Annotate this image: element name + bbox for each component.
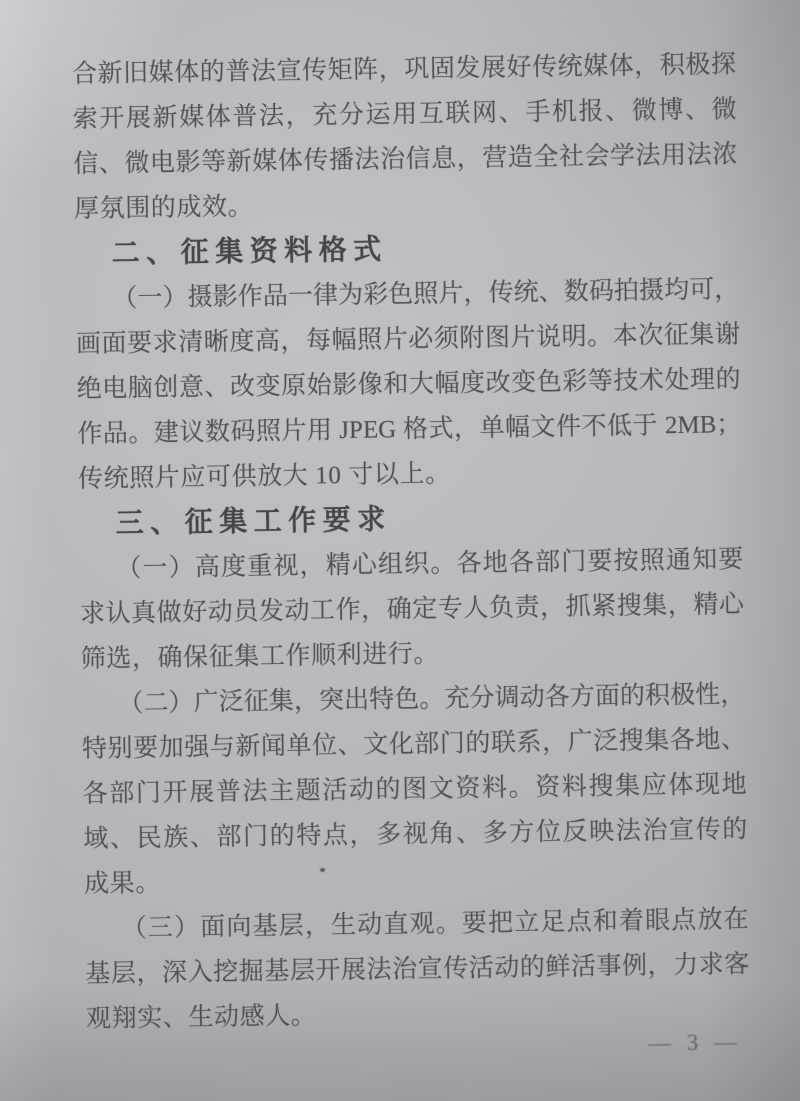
document-body: 合新旧媒体的普法宣传矩阵，巩固发展好传统媒体，积极探 索开展新媒体普法，充分运用… (72, 42, 751, 1042)
stray-ink-dot (320, 868, 325, 872)
paragraph-section2-item1: （一）摄影作品一律为彩色照片，传统、数码拍摄均可， 画面要求清晰度高，每幅照片必… (75, 267, 742, 502)
paragraph-section3-item3: （三）面向基层，生动直观。要把立足点和着眼点放在 基层，深入挖掘基层开展法治宣传… (84, 897, 750, 1042)
paragraph-section3-item2: （二）广泛征集，突出特色。充分调动各方面的积极性， 特别要加强与新闻单位、文化部… (81, 672, 748, 907)
scanned-document-page: 合新旧媒体的普法宣传矩阵，巩固发展好传统媒体，积极探 索开展新媒体普法，充分运用… (0, 0, 800, 1101)
paragraph-continuation: 合新旧媒体的普法宣传矩阵，巩固发展好传统媒体，积极探 索开展新媒体普法，充分运用… (72, 42, 739, 232)
paragraph-section3-item1: （一）高度重视，精心组织。各地各部门要按照通知要 求认真做好动员发动工作，确定专… (79, 537, 745, 682)
page-number: — 3 — (648, 1029, 742, 1056)
